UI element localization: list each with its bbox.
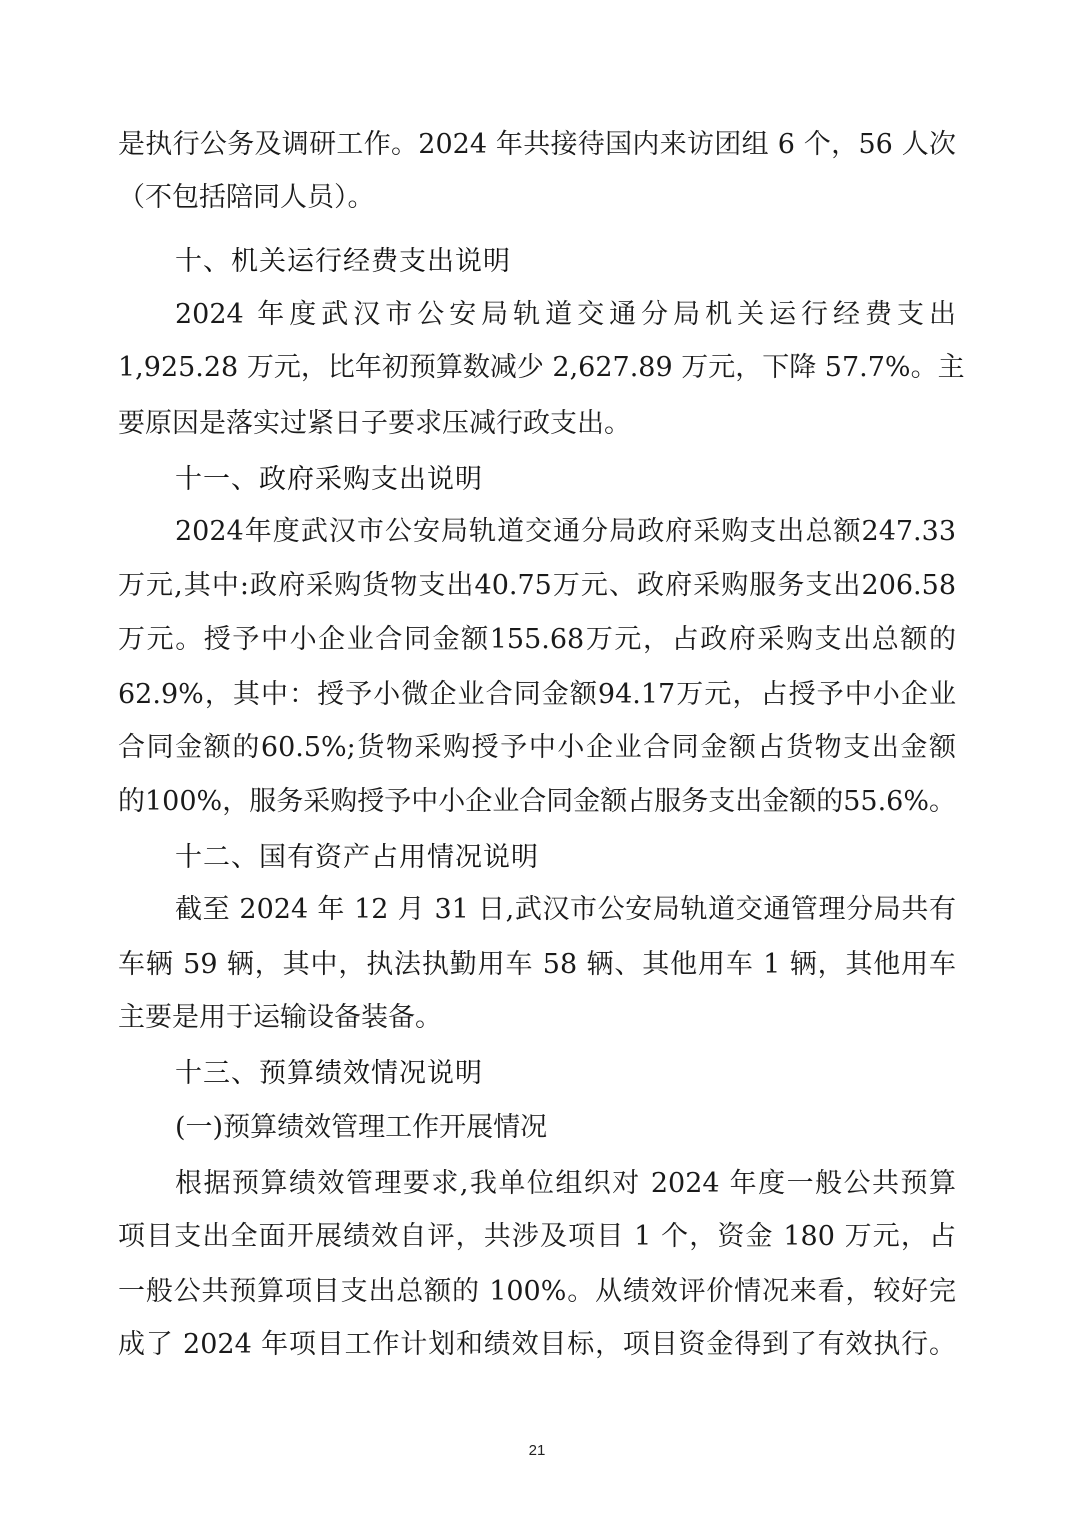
paragraph-line: 万元。授予中小企业合同金额155.68万元，占政府采购支出总额的: [118, 620, 956, 660]
paragraph-line: 万元,其中:政府采购货物支出40.75万元、政府采购服务支出206.58: [118, 566, 956, 606]
page-number: 21: [0, 1442, 1074, 1459]
paragraph-line: 的100%，服务采购授予中小企业合同金额占服务支出金额的55.6%。: [118, 782, 956, 822]
paragraph-line: 2024 年度武汉市公安局轨道交通分局机关运行经费支出: [175, 295, 956, 335]
paragraph-line: 是执行公务及调研工作。2024 年共接待国内来访团组 6 个，56 人次: [118, 125, 956, 165]
paragraph-line: 截至 2024 年 12 月 31 日,武汉市公安局轨道交通管理分局共有: [175, 890, 956, 930]
paragraph-line: 主要是用于运输设备装备。: [118, 998, 956, 1038]
paragraph-line: 项目支出全面开展绩效自评，共涉及项目 1 个，资金 180 万元，占: [118, 1217, 956, 1257]
paragraph-line: 车辆 59 辆，其中，执法执勤用车 58 辆、其他用车 1 辆，其他用车: [118, 945, 956, 985]
section-heading-11: 十一、政府采购支出说明: [175, 460, 483, 500]
paragraph-line: 合同金额的60.5%;货物采购授予中小企业合同金额占货物支出金额: [118, 728, 956, 768]
document-page: 是执行公务及调研工作。2024 年共接待国内来访团组 6 个，56 人次 （不包…: [0, 0, 1074, 1520]
paragraph-line: （不包括陪同人员）。: [118, 178, 956, 218]
paragraph-line: 根据预算绩效管理要求,我单位组织对 2024 年度一般公共预算: [175, 1164, 956, 1204]
section-heading-13: 十三、预算绩效情况说明: [175, 1054, 483, 1094]
paragraph-line: 62.9%，其中：授予小微企业合同金额94.17万元，占授予中小企业: [118, 675, 956, 715]
paragraph-line: 成了 2024 年项目工作计划和绩效目标，项目资金得到了有效执行。: [118, 1325, 956, 1365]
paragraph-line: 1,925.28 万元，比年初预算数减少 2,627.89 万元，下降 57.7…: [118, 348, 956, 388]
section-heading-12: 十二、国有资产占用情况说明: [175, 838, 539, 878]
paragraph-line: 2024年度武汉市公安局轨道交通分局政府采购支出总额247.33: [175, 512, 956, 552]
paragraph-line: 一般公共预算项目支出总额的 100%。从绩效评价情况来看，较好完: [118, 1272, 956, 1312]
section-heading-10: 十、机关运行经费支出说明: [175, 242, 511, 282]
subsection-heading: (一)预算绩效管理工作开展情况: [175, 1108, 547, 1148]
paragraph-line: 要原因是落实过紧日子要求压减行政支出。: [118, 404, 956, 444]
